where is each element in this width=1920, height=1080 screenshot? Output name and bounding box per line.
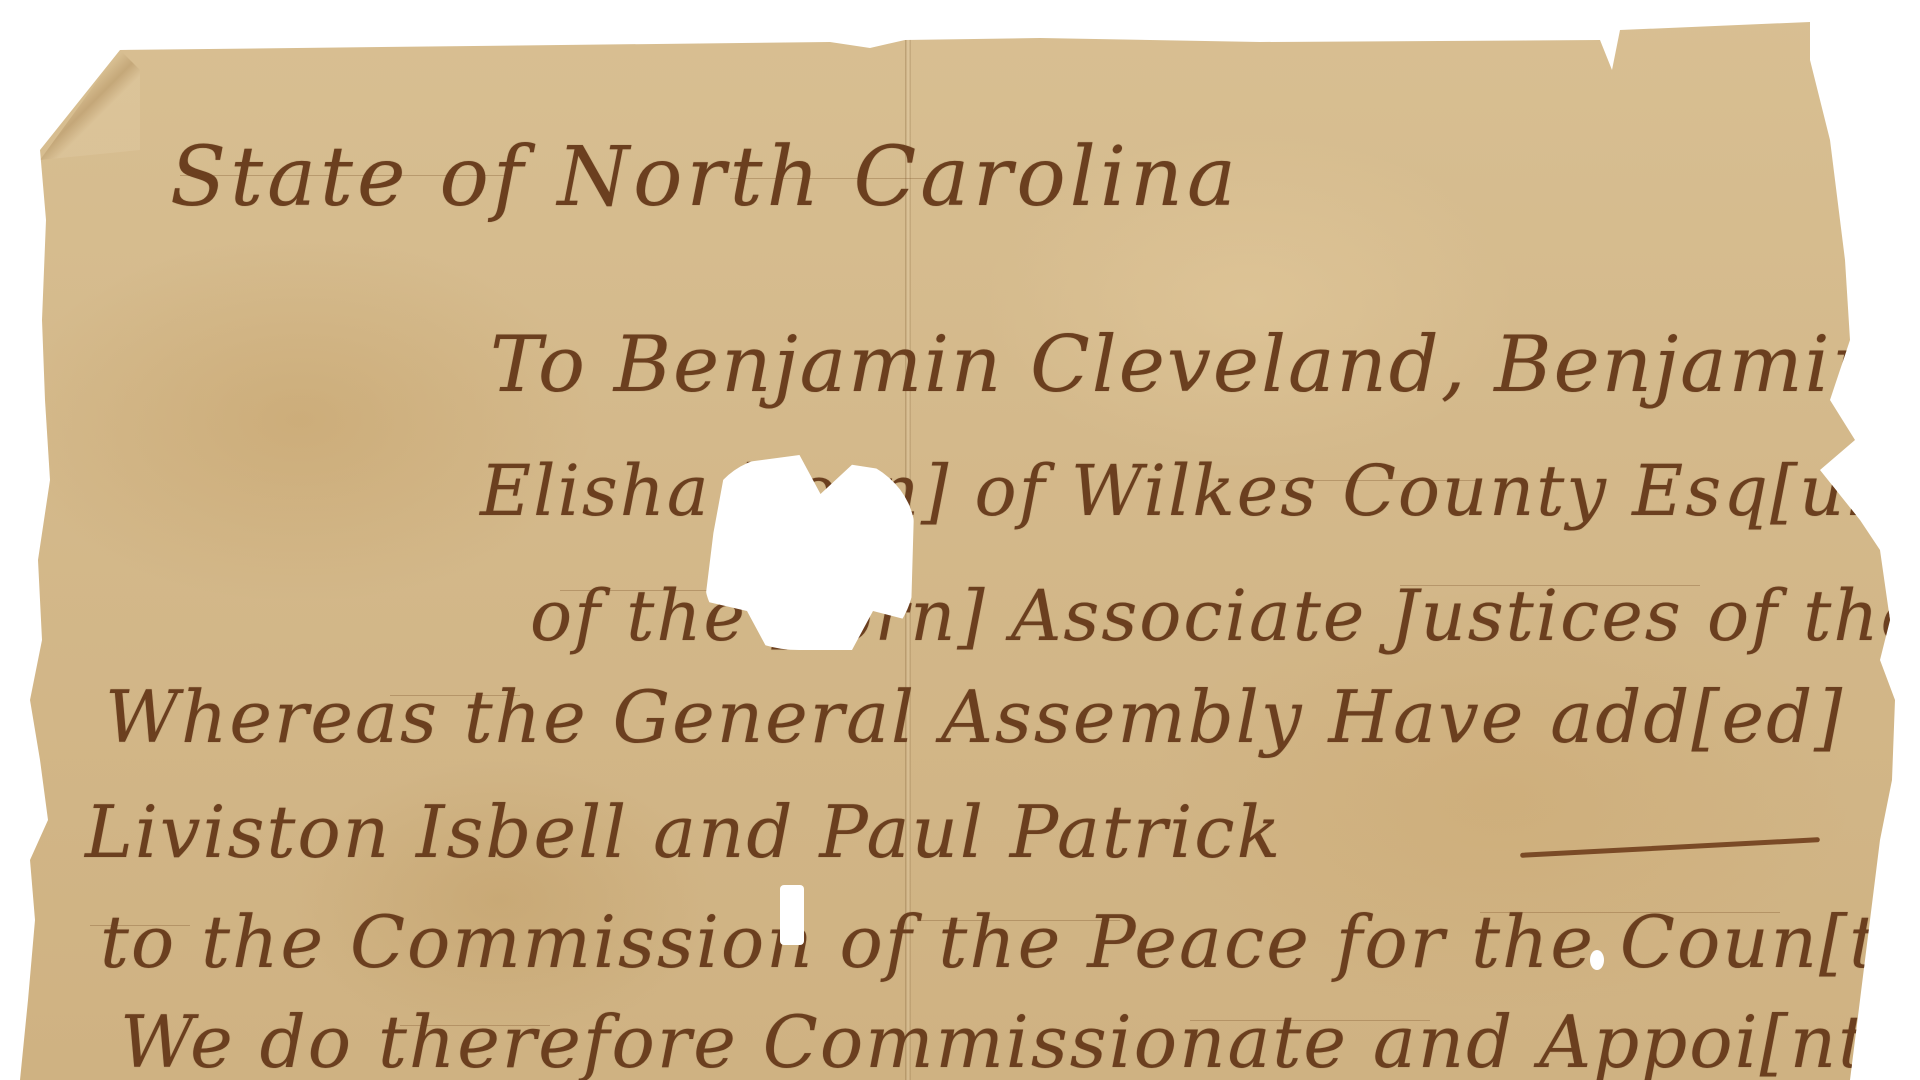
corner-fold	[40, 50, 140, 160]
pen-flourish	[1520, 837, 1820, 858]
heading-state-of-north-carolina: State of North Carolina	[170, 130, 1240, 225]
document-viewer: State of North Carolina To Benjamin Clev…	[0, 0, 1920, 1080]
body-line-whereas: Whereas the General Assembly Have add[ed…	[105, 675, 1844, 759]
torn-slot	[780, 885, 804, 945]
body-line-commission: to the Commission of the Peace for the C…	[100, 900, 1920, 984]
body-line-appoint: We do therefore Commissionate and Appoi[…	[120, 1000, 1899, 1080]
manuscript-sheet: State of North Carolina To Benjamin Clev…	[0, 0, 1920, 1080]
addressee-line-1: To Benjamin Cleveland, Benjamin	[490, 320, 1884, 410]
pinhole	[1590, 950, 1604, 970]
body-line-names: Liviston Isbell and Paul Patrick	[85, 790, 1282, 874]
addressee-line-2: Elisha [torn] of Wilkes County Esq[ui]r[…	[480, 450, 1920, 532]
